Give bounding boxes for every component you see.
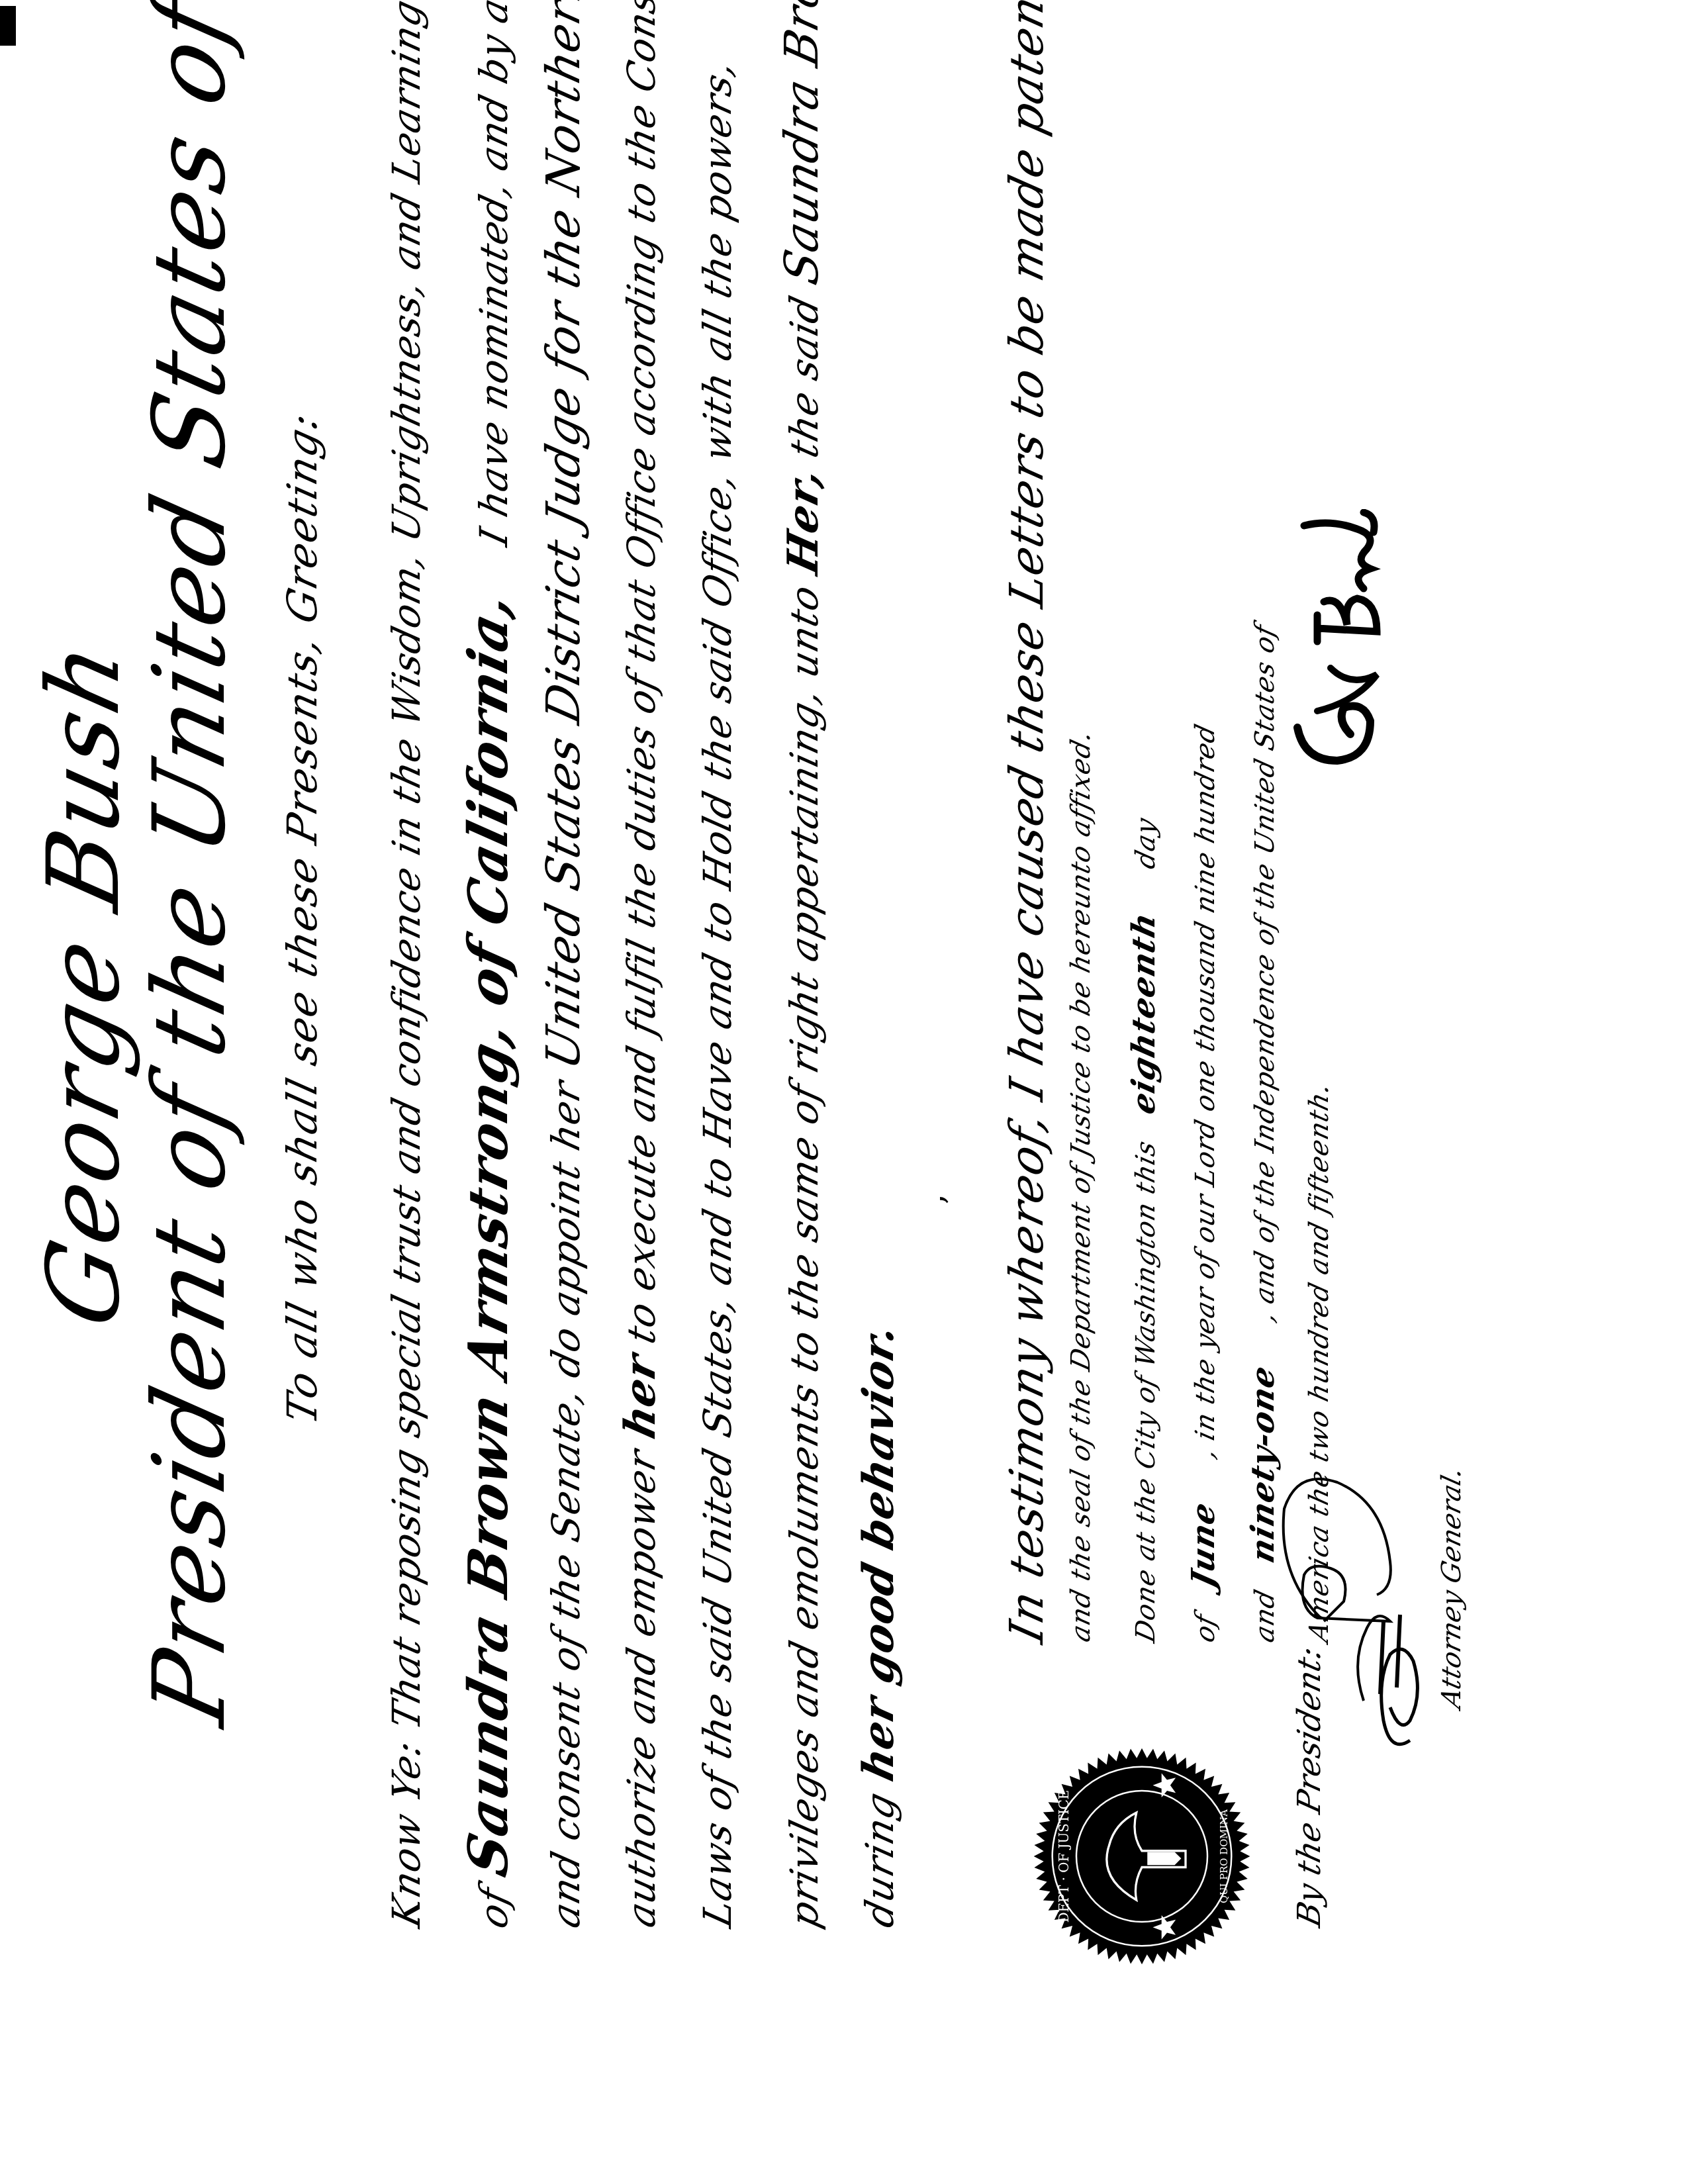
president-signature [1278,509,1403,774]
testimony-line-3: Done at the City of Washington this eigh… [1125,813,1162,1645]
commission-document: George Bush President of the United Stat… [0,0,1688,2184]
body-text: authorize and empower [619,1445,664,1932]
body-text: the said [782,291,827,462]
body-line-4: authorize and empower her to execute and… [616,0,665,1932]
svg-text:DEPT · OF JUSTICE: DEPT · OF JUSTICE [1056,1790,1072,1923]
testimony-text: of [1190,1611,1221,1645]
body-line-2: of Saundra Brown Armstrong, of Californi… [457,0,520,1934]
testimony-text: , in the year of our Lord one thousand n… [1190,721,1221,1462]
attorney-general-title: Attorney General. [1436,1464,1467,1711]
attorney-general-signature [1258,1449,1456,1760]
tenure-fill: her good behavior. [854,1319,904,1786]
stray-mark: , [914,1194,952,1204]
body-text: to execute and fulfil the duties of that… [619,0,664,1348]
body-line-7: during her good behavior. [854,1319,904,1932]
testimony-text: , and of the Independence of the United … [1250,622,1280,1325]
body-text: of [471,1883,516,1932]
svg-text:QUI PRO DOMINA: QUI PRO DOMINA [1218,1809,1230,1903]
president-office-heading: President of the United States of Americ… [132,0,248,1735]
body-text: Know Ye: That reposing special trust and… [384,0,429,1931]
body-line-1: Know Ye: That reposing special trust and… [384,0,429,1931]
pronoun-fill: her [616,1349,665,1444]
body-line-5: Laws of the said United States, and to H… [695,56,740,1931]
body-text: Laws of the said United States, and to H… [695,56,740,1931]
body-text: during [857,1787,902,1932]
day-fill: eighteenth [1125,908,1162,1117]
judicial-position: United States District Judge for the Nor… [536,0,590,1074]
scan-edge-mark [0,6,16,46]
nominee-name: Saundra Brown Armstrong, of California, [457,587,520,1882]
pronoun-fill: Her, [778,463,828,579]
testimony-text: In testimony whereof, I have caused thes… [1000,0,1054,1648]
testimony-text: Done at the City of Washington this [1131,1137,1161,1646]
body-line-6: privileges and emoluments to the same of… [774,0,829,1932]
president-name-heading: George Bush [26,629,142,1338]
testimony-line-1: In testimony whereof, I have caused thes… [1000,0,1054,1648]
body-text: and consent of the Senate, do appoint he… [543,1076,588,1932]
greeting-line: To all who shall see these Presents, Gre… [278,407,326,1429]
body-text: I have nominated, and by and with the ad… [471,0,516,550]
testimony-line-4: of June , in the year of our Lord one th… [1185,720,1222,1646]
body-line-3: and consent of the Senate, do appoint he… [536,0,590,1932]
testimony-line-2: and the seal of the Department of Justic… [1066,727,1096,1644]
department-of-justice-seal-icon: DEPT · OF JUSTICE QUI PRO DOMINA [1033,1747,1251,1966]
body-text: privileges and emoluments to the same of… [782,580,827,1932]
month-fill: June [1185,1498,1222,1591]
testimony-text: and the seal of the Department of Justic… [1066,727,1096,1644]
testimony-text: day [1131,814,1161,872]
nominee-name-repeat: Saundra Brown Armstrong [774,0,829,290]
